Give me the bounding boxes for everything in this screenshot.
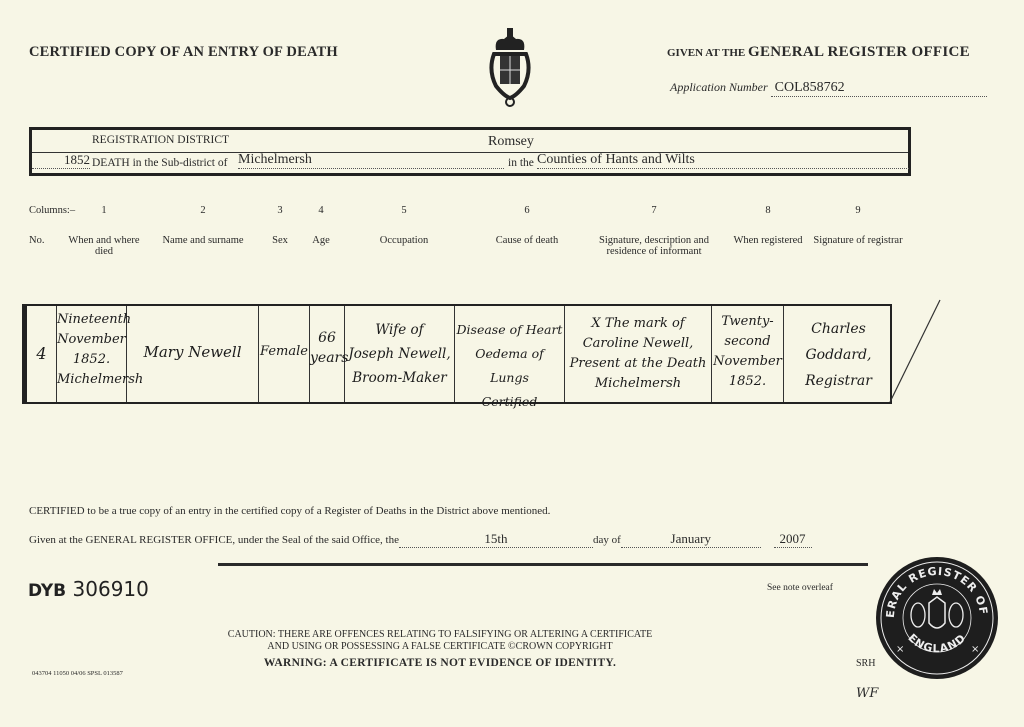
entry-no: 4	[27, 306, 57, 402]
column-header: Occupation	[359, 235, 449, 246]
registration-district-label: REGISTRATION DISTRICT	[92, 134, 229, 146]
cancel-stroke	[888, 298, 944, 404]
royal-crest-icon	[484, 26, 536, 108]
given-day: 15th	[399, 531, 593, 548]
column-header: Cause of death	[482, 235, 572, 246]
serial-number: DYB 306910	[28, 577, 149, 601]
county-value: Counties of Hants and Wilts	[537, 152, 909, 169]
subdistrict-label: DEATH in the Sub-district of	[92, 157, 227, 169]
print-code: 043704 11050 04/06 SPSL 013587	[32, 670, 123, 677]
column-header: Signature of registrar	[813, 235, 903, 246]
certificate-title: CERTIFIED COPY OF AN ENTRY OF DEATH	[29, 44, 338, 61]
subdistrict-value: Michelmersh	[238, 152, 504, 169]
srh-label: SRH	[856, 658, 875, 669]
caution-text: CAUTION: THERE ARE OFFENCES RELATING TO …	[190, 629, 690, 653]
given-at-heading: GIVEN AT THE GENERAL REGISTER OFFICE	[667, 44, 970, 61]
application-value: COL858762	[771, 80, 987, 97]
given-month: January	[621, 531, 761, 548]
given-year: 2007	[774, 531, 812, 548]
column-number: 8	[748, 205, 788, 216]
column-number: 5	[384, 205, 424, 216]
svg-text:×: ×	[971, 644, 979, 655]
entry-age: 66 years	[310, 306, 345, 402]
column-number: 7	[634, 205, 674, 216]
application-label: Application Number	[670, 80, 768, 94]
given-line: Given at the GENERAL REGISTER OFFICE, un…	[29, 531, 812, 548]
column-number: 6	[507, 205, 547, 216]
initials: WF	[856, 686, 878, 701]
entry-registered: Twenty- second November 1852.	[712, 306, 784, 402]
column-number: 2	[183, 205, 223, 216]
application-number: Application Number COL858762	[670, 80, 987, 97]
column-number: 1	[84, 205, 124, 216]
in-the-label: in the	[508, 157, 534, 169]
entry-occupation: Wife of Joseph Newell, Broom-Maker	[345, 306, 455, 402]
warning-text: WARNING: A CERTIFICATE IS NOT EVIDENCE O…	[190, 657, 690, 669]
gro-seal-icon: GENERAL REGISTER OFFICE ENGLAND × ×	[874, 555, 1000, 681]
columns-label: Columns:–	[29, 205, 75, 216]
see-note-overleaf: See note overleaf	[767, 583, 833, 593]
registration-year: 1852	[32, 152, 90, 169]
entry-cause: Disease of Heart Oedema of Lungs Certifi…	[455, 306, 565, 402]
entry-sex: Female	[259, 306, 310, 402]
column-number: 3	[260, 205, 300, 216]
column-header: No.	[29, 235, 59, 246]
entry-when-where: Nineteenth November 1852. Michelmersh	[57, 306, 127, 402]
entry-name: Mary Newell	[127, 306, 259, 402]
column-header: Age	[276, 235, 366, 246]
column-number: 4	[301, 205, 341, 216]
column-header: Signature, description and residence of …	[579, 235, 729, 257]
column-number: 9	[838, 205, 878, 216]
registration-district-value: Romsey	[488, 134, 534, 150]
entry-informant: X The mark of Caroline Newell, Present a…	[565, 306, 712, 402]
entry-registrar: Charles Goddard, Registrar	[784, 306, 893, 402]
certification-statement: CERTIFIED to be a true copy of an entry …	[29, 505, 550, 517]
svg-text:×: ×	[896, 644, 904, 655]
entry-row: 4 Nineteenth November 1852. Michelmersh …	[22, 304, 892, 404]
registration-box: REGISTRATION DISTRICT Romsey 1852 DEATH …	[29, 127, 911, 176]
column-header: When and where died	[59, 235, 149, 257]
column-header: When registered	[723, 235, 813, 246]
divider-rule	[218, 563, 868, 566]
